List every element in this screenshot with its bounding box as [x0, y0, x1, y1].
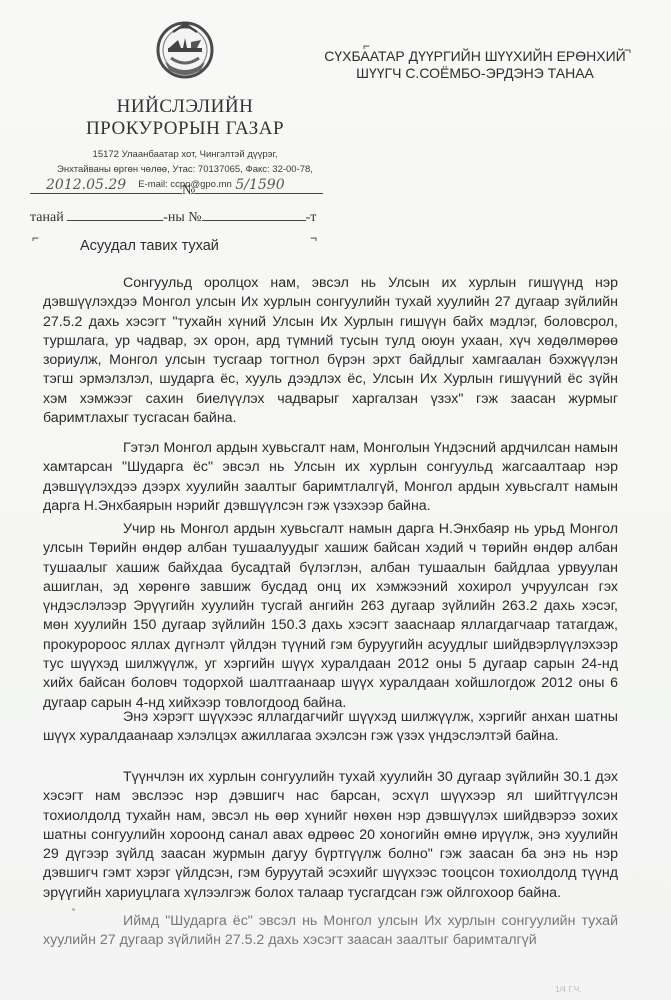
reference-your-number: танай -ны №-т: [30, 207, 316, 226]
paragraph-2: Гэтэл Монгол ардын хувьсгалт нам, Монгол…: [43, 439, 618, 516]
recipient-line1: СҮХБААТАР ДҮҮРГИЙН ШҮҮХИЙН ЕРӨНХИЙ: [310, 48, 640, 65]
paragraph-6: Иймд "Шударга ёс" эвсэл нь Монгол улсын …: [43, 912, 618, 951]
letter-number: 5/1590: [235, 177, 284, 193]
your-number-end: -т: [306, 210, 317, 225]
page-mark: 1/4 Г.Ч.: [555, 985, 581, 994]
subject-line: Асуудал тавих тухай: [80, 238, 219, 254]
address-line2: Энхтайваны өргөн чөлөө, Утас: 70137065, …: [40, 162, 330, 177]
your-label: танай: [30, 210, 64, 225]
reference-date-number: 2012.05.29 № 5/1590: [30, 180, 323, 199]
org-name-line1: НИЙСЛЭЛИЙН: [40, 96, 330, 118]
paragraph-5: Түүнчлэн их хурлын сонгуулийн тухай хуул…: [43, 768, 618, 903]
ink-mark: [72, 908, 75, 911]
your-number-mid: -ны №: [163, 210, 201, 225]
subject-corner-left: ⌐: [32, 232, 39, 244]
subject-corner-right: ¬: [310, 232, 317, 244]
letterhead: НИЙСЛЭЛИЙН ПРОКУРОРЫН ГАЗАР 15172 Улаанб…: [40, 18, 330, 192]
paragraph-1: Сонгуульд оролцох нам, эвсэл нь Улсын их…: [43, 274, 618, 428]
paragraph-3: Учир нь Монгол ардын хувьсгалт намын дар…: [43, 520, 618, 713]
org-name-line2: ПРОКУРОРЫН ГАЗАР: [40, 118, 330, 140]
number-label: №: [182, 183, 195, 198]
letter-date: 2012.05.29: [46, 177, 126, 193]
recipient-line2: ШҮҮГЧ С.СОЁМБО-ЭРДЭНЭ ТАНАА: [310, 65, 640, 82]
paragraph-4: Энэ хэрэгт шүүхээс яллагдагчийг шүүхэд ш…: [43, 708, 618, 747]
document-page: НИЙСЛЭЛИЙН ПРОКУРОРЫН ГАЗАР 15172 Улаанб…: [0, 0, 671, 1000]
address-line1: 15172 Улаанбаатар хот, Чингэлтэй дүүрэг,: [40, 147, 330, 162]
state-emblem-icon: [151, 18, 219, 82]
recipient-block: СҮХБААТАР ДҮҮРГИЙН ШҮҮХИЙН ЕРӨНХИЙ ШҮҮГЧ…: [310, 48, 640, 82]
